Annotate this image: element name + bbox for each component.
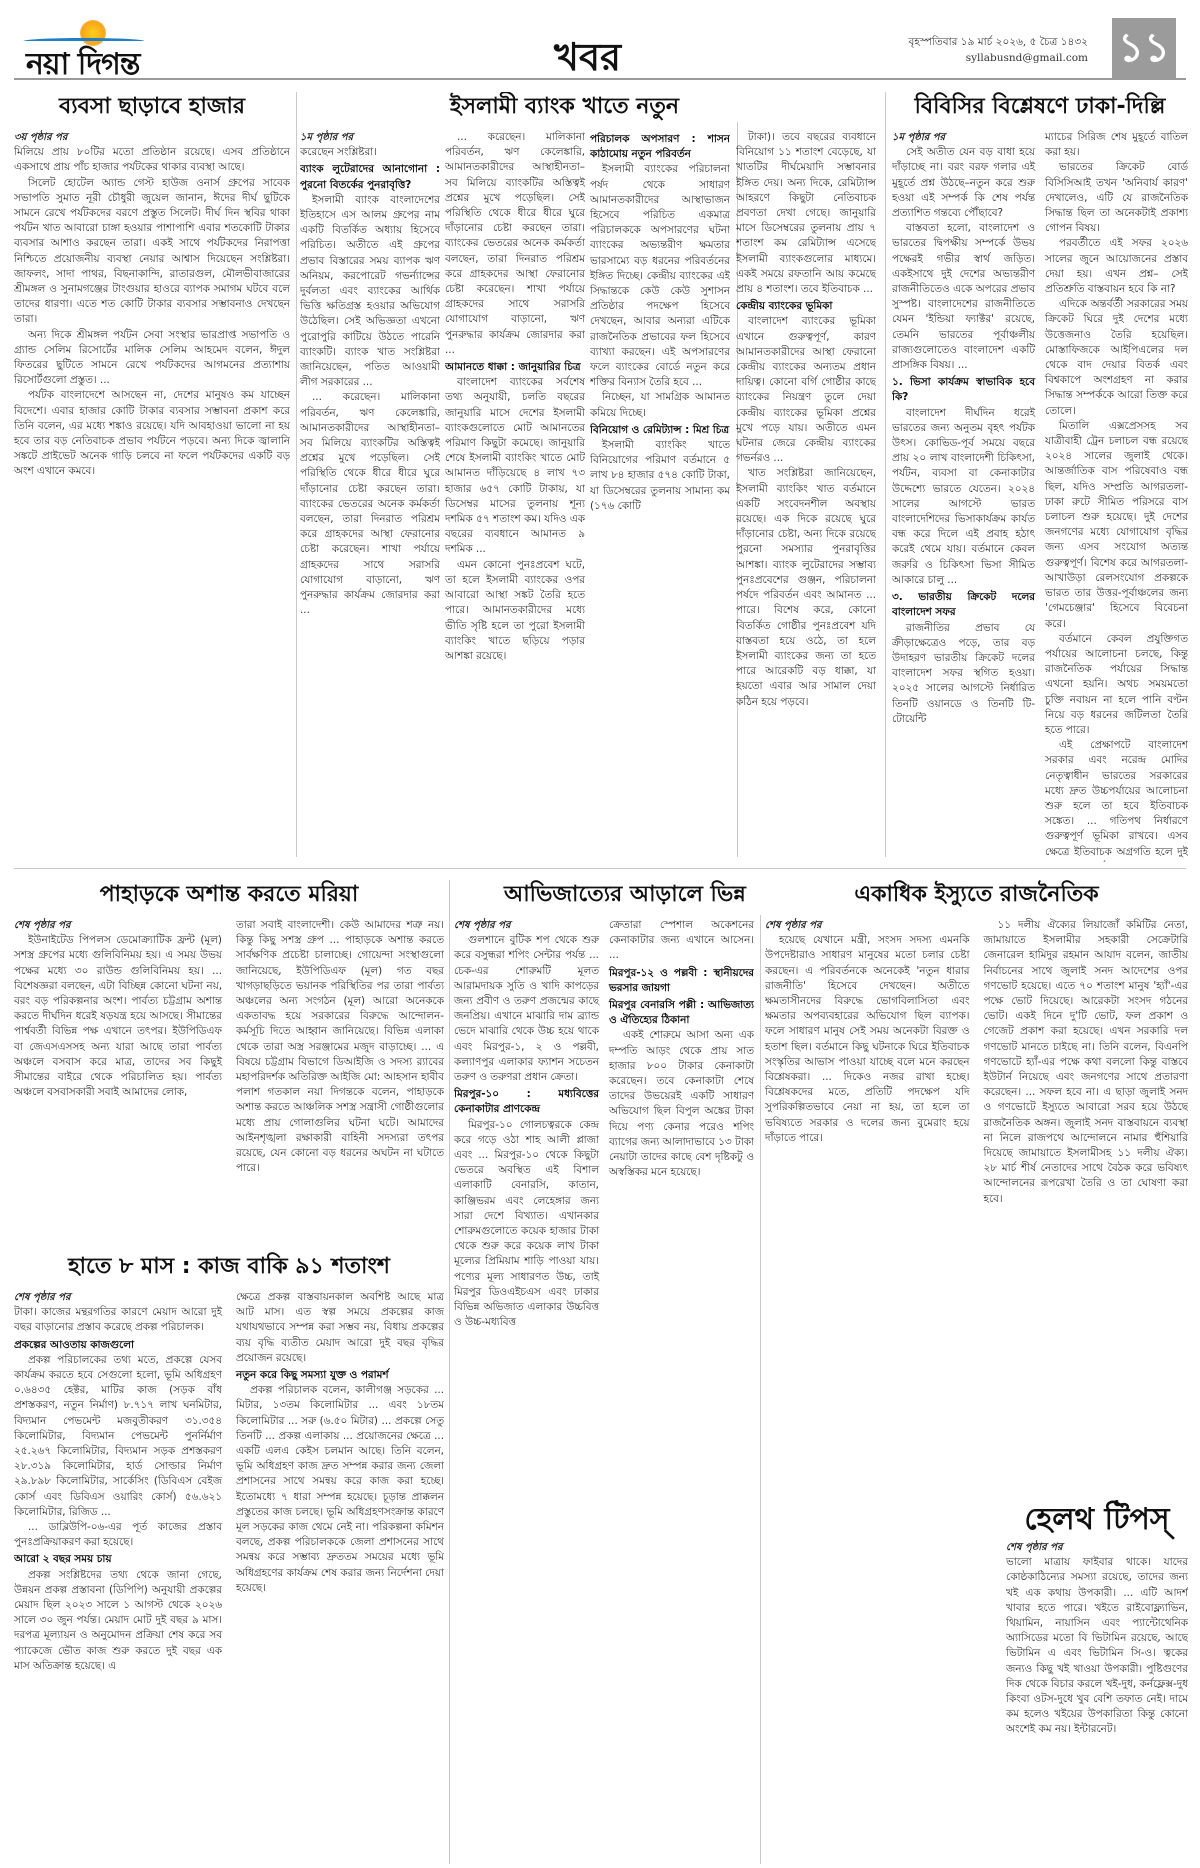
paragraph: অন্য দিকে শ্রীমঙ্গল পর্যটন সেবা সংস্থার … <box>14 328 290 389</box>
logo-text: নয়া দিগন্ত <box>26 40 139 91</box>
story-column: ১১ দলীয় ঐক্যের লিয়াজোঁ কমিটির নেতা, জা… <box>984 918 1189 1207</box>
paragraph: খাত সংশ্লিষ্টরা জানিয়েছেন, ইসলামী ব্যাং… <box>736 466 876 709</box>
paragraph: বর্তমানে কেবল প্রযুক্তিগত পর্যায়ের আলোচ… <box>1045 632 1188 738</box>
jump-line: ১ম পৃষ্ঠার পর <box>300 130 440 145</box>
story-hills: পাহাড়কে অশান্ত করতে মরিয়া শেষ পৃষ্ঠার … <box>14 880 444 1240</box>
story-column: ১ম পৃষ্ঠার পর করেছেন সংশ্লিষ্টরা। ব্যাংক… <box>300 130 440 860</box>
story-column: পরিচালক অপসারণ : শাসন কাঠামোয় নতুন পরিব… <box>590 130 730 860</box>
subheading: ১. ভিসা কার্যক্রম স্বাভাবিক হবে কি? <box>892 375 1035 405</box>
paragraph: টাকা। কাজের মন্থরগতির কারণে মেয়াদ আরো দ… <box>14 1305 222 1335</box>
headline[interactable]: হাতে ৮ মাস : কাজ বাকি ৯১ শতাংশ <box>14 1252 444 1282</box>
story-body: ৩য় পৃষ্ঠার পর মিলিয়ে প্রায় ৮০টির মতো … <box>14 130 290 480</box>
story-column: শেষ পৃষ্ঠার পর টাকা। কাজের মন্থরগতির কার… <box>14 1290 222 1674</box>
subheading: মিরপুর বেনারসি পল্লী : আভিজাত্য ও ঐতিহ্য… <box>609 998 754 1028</box>
paragraph: বাংলাদেশ ব্যাংকের ভূমিকা এখানে গুরুত্বপূ… <box>736 314 876 466</box>
subheading: কেন্দ্রীয় ব্যাংকের ভূমিকা <box>736 299 876 314</box>
paragraph: বাংলাদেশ দীর্ঘদিন ধরেই ভারতের জন্য অনুতম… <box>892 406 1035 588</box>
paragraph: হয়েছে যেখানে মন্ত্রী, সংসদ সদস্য এমনকি … <box>765 933 970 1146</box>
paragraph: ইসলামী ব্যাংকিং খাতে বিনিয়োগের পরিমাণ ব… <box>590 438 730 514</box>
story-project: হাতে ৮ মাস : কাজ বাকি ৯১ শতাংশ শেষ পৃষ্ঠ… <box>14 1252 444 1864</box>
jump-line: শেষ পৃষ্ঠার পর <box>14 918 222 933</box>
paragraph: ইসলামী ব্যাংক বাংলাদেশের ইতিহাসে এস আলম … <box>300 193 440 391</box>
story-column: ১ম পৃষ্ঠার পর সেই অতীত যেন বড় বাধা হয়ে… <box>892 130 1035 862</box>
story-column: শেষ পৃষ্ঠার পর হয়েছে যেখানে মন্ত্রী, সং… <box>765 918 970 1207</box>
headline[interactable]: ইসলামী ব্যাংক খাতে নতুন <box>300 92 880 122</box>
paragraph: এমন কোনো পুনঃপ্রবেশ ঘটে, তা হলে ইসলামী ব… <box>445 558 585 664</box>
story-column: তারা সবাই বাংলাদেশী। কেউ আমাদের শত্রু নয… <box>236 918 444 1176</box>
dateline: বৃহস্পতিবার ১৯ মার্চ ২০২৬, ৫ চৈত্র ১৪৩২ … <box>908 34 1088 66</box>
jump-line: শেষ পৃষ্ঠার পর <box>765 918 970 933</box>
paragraph: ... ডাব্লিউপি-০৬-এর পূর্ত কাজের প্রস্তাব… <box>14 1520 222 1550</box>
page-number: ১১ <box>1112 18 1176 80</box>
paragraph: সেই অতীত যেন বড় বাধা হয়ে দাঁড়াচ্ছে না… <box>892 145 1035 221</box>
paragraph: এই প্রেক্ষাপটে বাংলাদেশ সরকার এবং নরেন্দ… <box>1045 738 1188 862</box>
story-column: ম্যাচের সিরিজ শেষ মুহূর্তে বাতিল করা হয়… <box>1045 130 1188 862</box>
paragraph: প্রকল্প পরিচালক বলেন, কালীগঞ্জ সড়কের ..… <box>236 1383 444 1596</box>
jump-line: ৩য় পৃষ্ঠার পর <box>14 130 290 145</box>
story-tourism: ব্যবসা ছাড়াবে হাজার ৩য় পৃষ্ঠার পর মিলি… <box>14 92 290 862</box>
headline[interactable]: আভিজাত্যের আড়ালে ভিন্ন চেহারা <box>454 880 754 910</box>
paragraph: ভারতের ক্রিকেট বোর্ড বিসিসিআই তখন 'অনিবা… <box>1045 160 1188 236</box>
paragraph: ক্রেতারা স্পেশাল অকেশনের কেনাকাটার জন্য … <box>609 918 754 964</box>
paragraph: রাজনীতির প্রভাব যে ক্রীড়াক্ষেত্রেও পড়ে… <box>892 621 1035 727</box>
subheading: পরিচালক অপসারণ : শাসন কাঠামোয় নতুন পরিব… <box>590 132 730 162</box>
subheading: নতুন করে কিছু সমস্যা যুক্ত ও পরামর্শ <box>236 1368 444 1383</box>
paragraph: সিলেট হোটেল অ্যান্ড গেস্ট হাউজ ওনার্স গ্… <box>14 176 290 328</box>
paragraph: পরবর্তীতে এই সফর ২০২৬ সালের জুনে আয়োজনে… <box>1045 236 1188 297</box>
issue-date: বৃহস্পতিবার ১৯ মার্চ ২০২৬, ৫ চৈত্র ১৪৩২ <box>908 34 1088 50</box>
paragraph: ম্যাচের সিরিজ শেষ মুহূর্তে বাতিল করা হয়… <box>1045 130 1188 160</box>
paragraph: বাংলাদেশ ব্যাংকের সর্বশেষ তথ্য অনুযায়ী,… <box>445 375 585 557</box>
story-bbc: বিবিসির বিশ্লেষণে ঢাকা-দিল্লি ১ম পৃষ্ঠার… <box>892 92 1188 862</box>
paragraph: বাস্তবতা হলো, বাংলাদেশ ও ভারতের দ্বিপক্ষ… <box>892 221 1035 373</box>
column-divider <box>296 92 297 857</box>
subheading: আমানতে ধাক্কা : জানুয়ারির চিত্র <box>445 360 585 375</box>
story-column: টাকা)। তবে বছরের ব্যবধানে বিনিয়োগ ১১ শত… <box>736 130 876 860</box>
jump-line: শেষ পৃষ্ঠার পর <box>454 918 599 933</box>
paragraph: ... করেছেন। মালিকানা পরিবর্তন, ঋণ কেলেঙ্… <box>445 130 585 358</box>
paragraph: একই শোরুমে আসা অন্য এক দম্পতি আড়ং থেকে … <box>609 1028 754 1180</box>
jump-line: শেষ পৃষ্ঠার পর <box>1006 1540 1188 1555</box>
story-health: হেলথ টিপস্ শেষ পৃষ্ঠার পর ভালো মাত্রায় … <box>1006 1500 1188 1864</box>
paragraph: এদিকে অন্তর্বর্তী সরকারের সময় ক্রিকেট ঘ… <box>1045 297 1188 419</box>
paragraph: ... করেছেন। মালিকানা পরিবর্তন, ঋণ কেলেঙ্… <box>300 390 440 618</box>
paragraph: তারা সবাই বাংলাদেশী। কেউ আমাদের শত্রু নয… <box>236 918 444 1176</box>
story-column: শেষ পৃষ্ঠার পর গুলশানে বুটিক শপ থেকে শুর… <box>454 918 599 1330</box>
subheading: বিনিয়োগ ও রেমিট্যান্স : মিশ্র চিত্র <box>590 423 730 438</box>
paragraph: প্রকল্প পরিচালকের তথ্য মতে, প্রকল্পে যেস… <box>14 1353 222 1520</box>
paragraph: ভালো মাত্রায় ফাইবার থাকে। যাদের কোষ্ঠকা… <box>1006 1555 1188 1737</box>
section-title: খবর <box>554 28 621 92</box>
headline[interactable]: ব্যবসা ছাড়াবে হাজার <box>14 92 290 122</box>
subheading: আরো ২ বছর সময় চায় <box>14 1552 222 1567</box>
subheading: প্রকল্পের আওতায় কাজগুলো <box>14 1338 222 1353</box>
paragraph: পর্যটক বাংলাদেশে আসছেন না, দেশের মানুষও … <box>14 388 290 479</box>
paragraph: প্রকল্প সংশ্লিষ্টদের তথ্য থেকে জানা গেছে… <box>14 1568 222 1674</box>
headline[interactable]: পাহাড়কে অশান্ত করতে মরিয়া <box>14 880 444 910</box>
story-column: ... করেছেন। মালিকানা পরিবর্তন, ঋণ কেলেঙ্… <box>445 130 585 860</box>
headline[interactable]: একাধিক ইস্যুতে রাজনৈতিক <box>765 880 1188 910</box>
story-column: শেষ পৃষ্ঠার পর ইউনাইটেড পিপলস ডেমোক্র্যা… <box>14 918 222 1176</box>
paragraph: নিচ্ছেন, যা সামগ্রিক আমানত কমিয়ে দিচ্ছে… <box>590 390 730 420</box>
column-divider <box>760 915 761 1864</box>
story-aristocracy: আভিজাত্যের আড়ালে ভিন্ন চেহারা শেষ পৃষ্ঠ… <box>454 880 754 1864</box>
paragraph: মিলিয়ে প্রায় ৮০টির মতো প্রতিষ্ঠান রয়ে… <box>14 145 290 175</box>
paragraph: করেছেন সংশ্লিষ্টরা। <box>300 146 377 158</box>
headline[interactable]: বিবিসির বিশ্লেষণে ঢাকা-দিল্লি <box>892 92 1188 122</box>
paragraph: গুলশানে বুটিক শপ থেকে শুরু করে বসুন্ধরা … <box>454 933 599 1085</box>
section-divider <box>14 868 1186 869</box>
story-politics: একাধিক ইস্যুতে রাজনৈতিক শেষ পৃষ্ঠার পর হ… <box>765 880 1188 1440</box>
subheading: মিরপুর-১০ : মধ্যবিত্তের কেনাকাটার প্রাণক… <box>454 1087 599 1117</box>
paragraph: ইসলামী ব্যাংকের পরিচালনা পর্ষদ থেকে সাধা… <box>590 162 730 390</box>
masthead: নয়া দিগন্ত খবর বৃহস্পতিবার ১৯ মার্চ ২০২… <box>14 0 1186 80</box>
paragraph: টাকা)। তবে বছরের ব্যবধানে বিনিয়োগ ১১ শত… <box>736 130 876 297</box>
story-column: ক্ষেত্রে প্রকল্প বাস্তবায়নকাল অবশিষ্ট আ… <box>236 1290 444 1674</box>
jump-line: ১ম পৃষ্ঠার পর <box>892 130 1035 145</box>
paragraph: মিরপুর-১০ গোলচত্বরকে কেন্দ্র করে গড়ে ওঠ… <box>454 1118 599 1331</box>
jump-line: শেষ পৃষ্ঠার পর <box>14 1290 222 1305</box>
paragraph: ইউনাইটেড পিপলস ডেমোক্র্যাটিক ফ্রন্ট (মূল… <box>14 933 222 1100</box>
story-body: শেষ পৃষ্ঠার পর ভালো মাত্রায় ফাইবার থাকে… <box>1006 1540 1188 1738</box>
subheading: ৩. ভারতীয় ক্রিকেট দলের বাংলাদেশ সফর <box>892 590 1035 620</box>
subheading: ব্যাংক লুটেরাদের আনাগোনা : পুরনো বিতর্কে… <box>300 162 440 192</box>
contact-email[interactable]: syllabusnd@gmail.com <box>908 50 1088 66</box>
story-column: ক্রেতারা স্পেশাল অকেশনের কেনাকাটার জন্য … <box>609 918 754 1330</box>
subheading: মিরপুর-১২ ও পল্লবী : স্থানীয়দের ভরসার জ… <box>609 966 754 996</box>
paragraph: ক্ষেত্রে প্রকল্প বাস্তবায়নকাল অবশিষ্ট আ… <box>236 1290 444 1366</box>
column-divider <box>449 880 450 1864</box>
column-divider <box>885 92 886 857</box>
paragraph: ১১ দলীয় ঐক্যের লিয়াজোঁ কমিটির নেতা, জা… <box>984 918 1189 1207</box>
newspaper-logo[interactable]: নয়া দিগন্ত <box>22 18 212 74</box>
headline[interactable]: হেলথ টিপস্ <box>1006 1500 1188 1540</box>
paragraph: মিতালি এক্সপ্রেসসহ সব যাত্রীবাহী ট্রেন চ… <box>1045 419 1188 632</box>
